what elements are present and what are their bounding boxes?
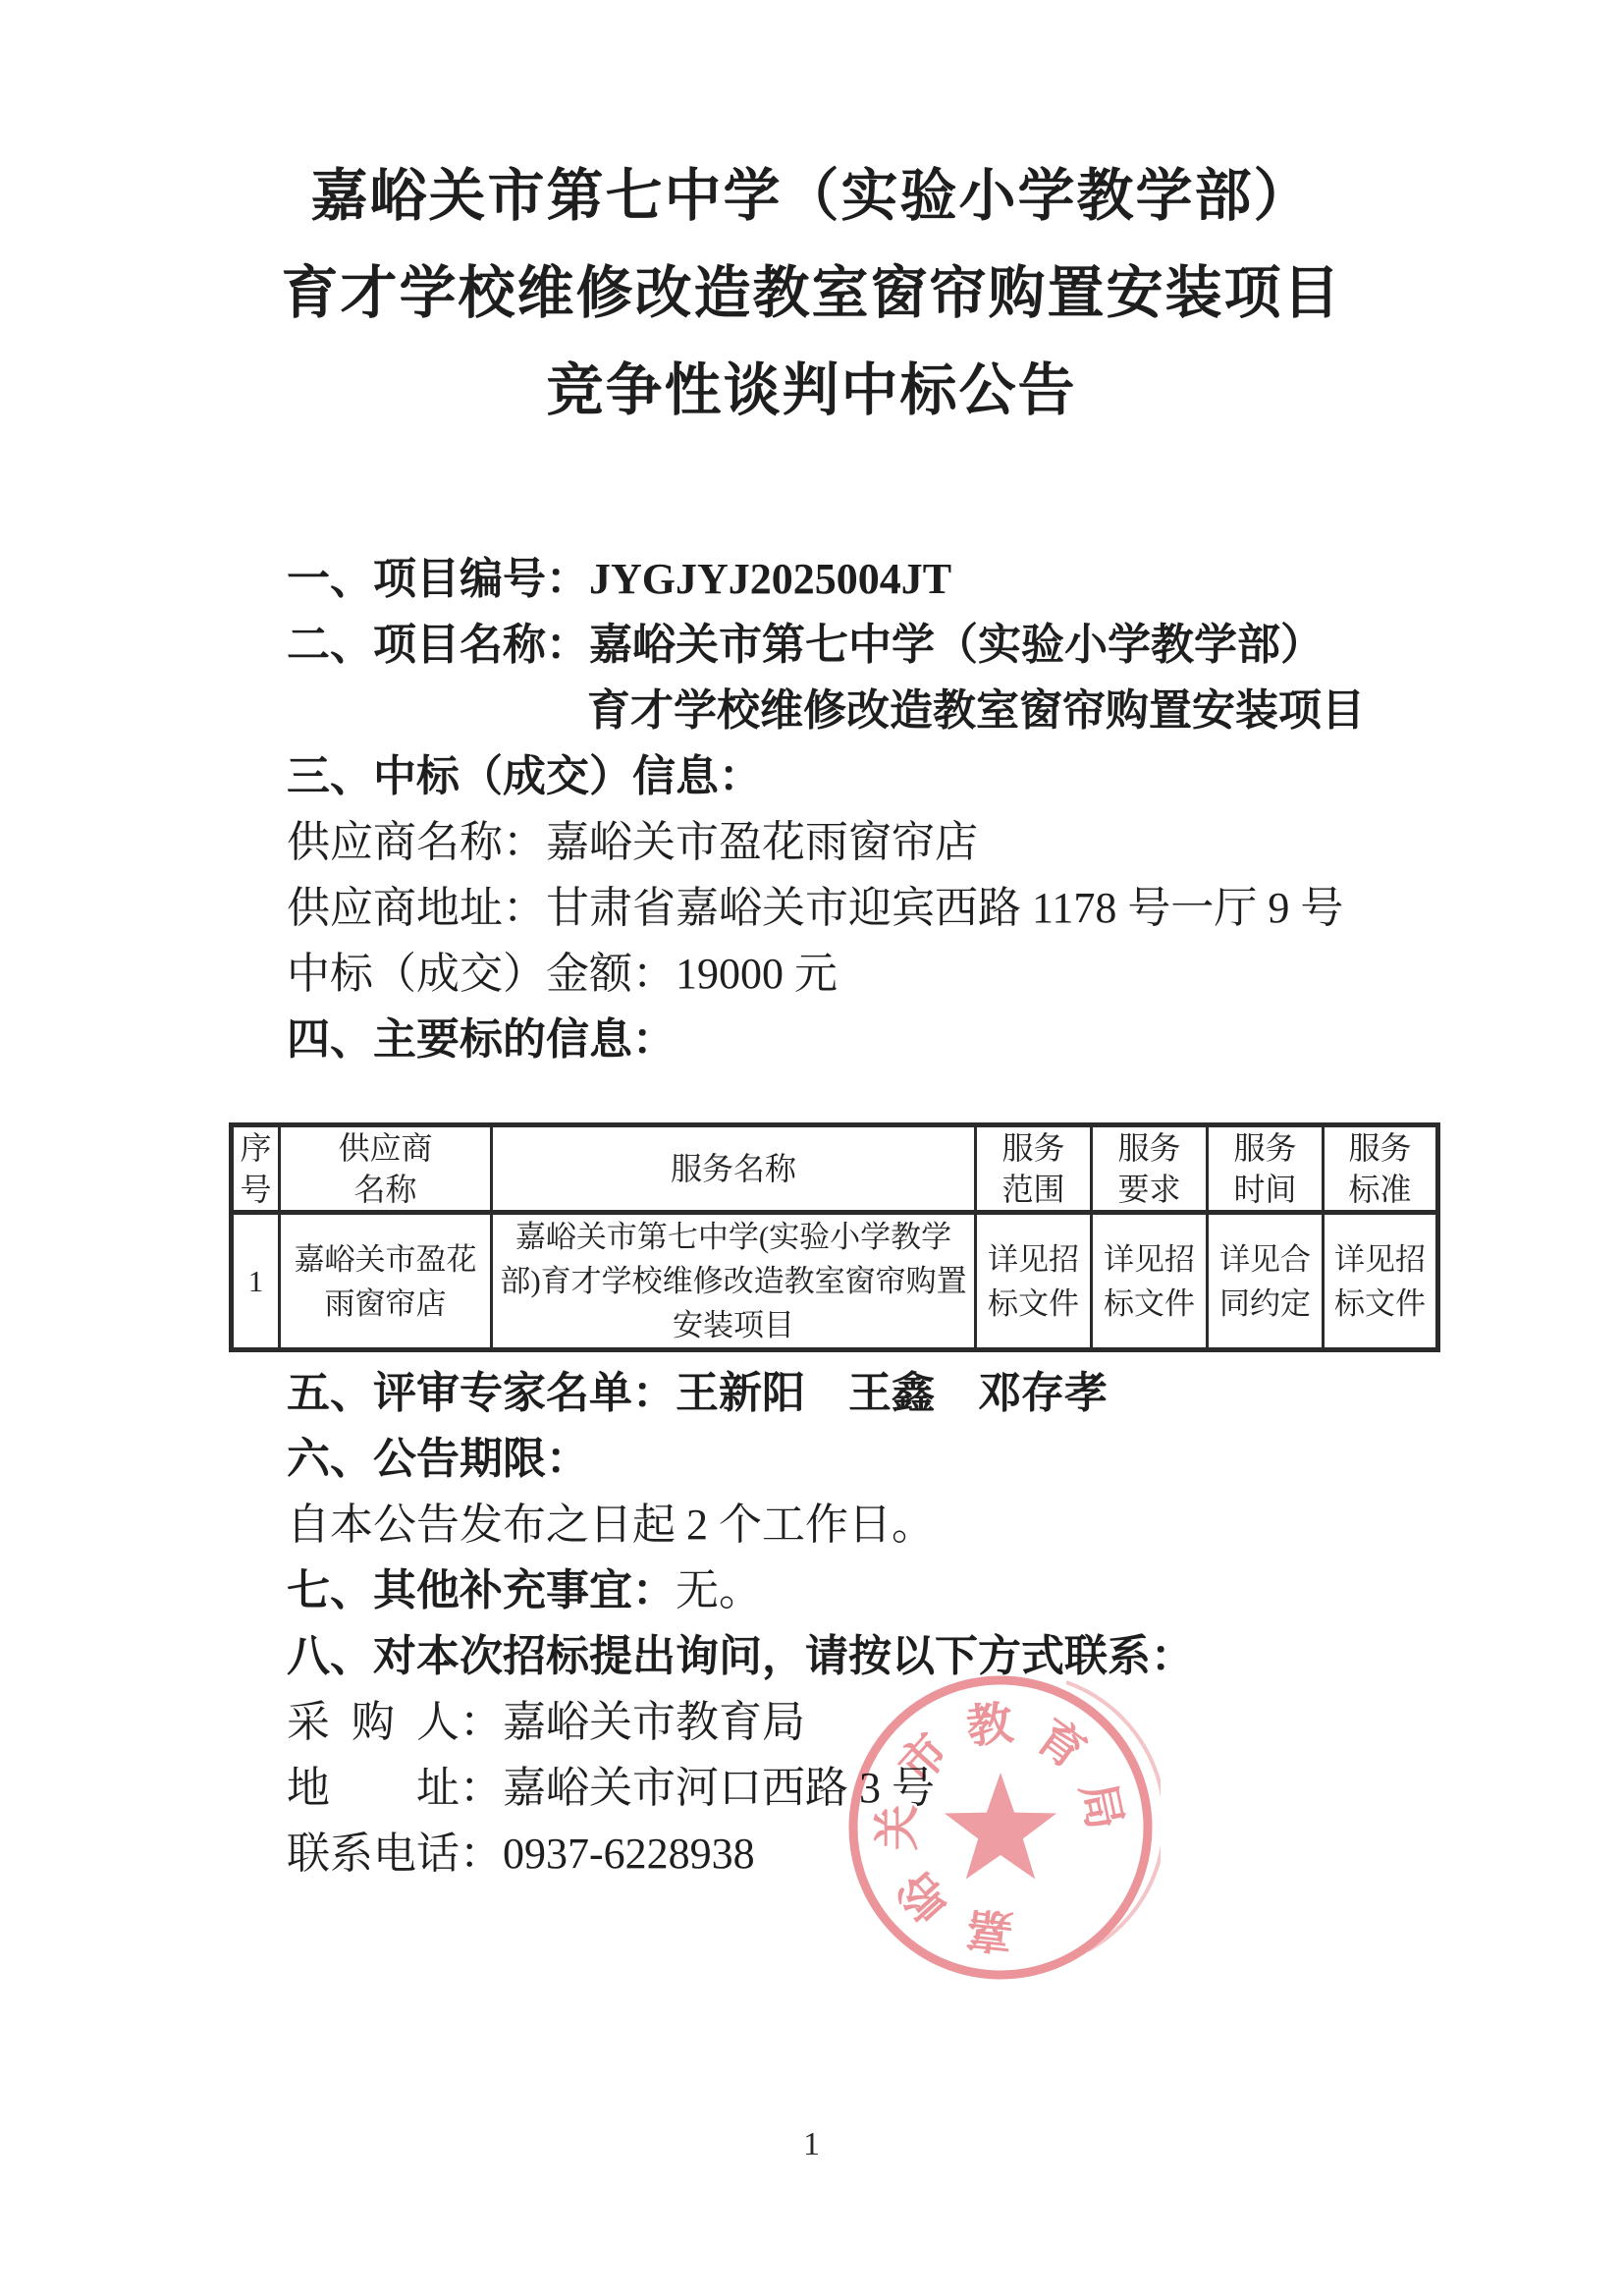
notice-period-value: 自本公告发布之日起 2 个工作日。 xyxy=(287,1492,1465,1558)
cell-service-time: 详见合同约定 xyxy=(1208,1213,1324,1350)
header-cell-supplier: 供应商 名称 xyxy=(280,1125,492,1213)
supplier-address-label: 供应商地址： xyxy=(287,884,546,932)
document-page: 嘉峪关市第七中学（实验小学教学部） 育才学校维修改造教室窗帘购置安装项目 竞争性… xyxy=(0,0,1623,2296)
buyer-line: 采 购 人：嘉峪关市教育局 xyxy=(287,1689,1465,1755)
table-header-row: 序 号 供应商 名称 服务名称 服务 范围 服务 要求 服务 时间 服务 标准 xyxy=(232,1125,1438,1213)
supplier-address-value: 甘肃省嘉峪关市迎宾西路 1178 号一厅 9 号 xyxy=(546,884,1343,932)
buyer-value: 嘉峪关市教育局 xyxy=(503,1698,805,1746)
item-award-info-heading: 三、中标（成交）信息： xyxy=(287,743,1465,809)
supplier-name-value: 嘉峪关市盈花雨窗帘店 xyxy=(546,818,978,866)
cell-service-standard: 详见招标文件 xyxy=(1324,1213,1438,1350)
item-project-number: 一、项目编号：JYGJYJ2025004JT xyxy=(287,546,1465,612)
header-cell-service-standard: 服务 标准 xyxy=(1324,1125,1438,1213)
cell-supplier: 嘉峪关市盈花雨窗帘店 xyxy=(280,1213,492,1350)
award-amount-line: 中标（成交）金额：19000 元 xyxy=(287,941,1465,1007)
cell-service-scope: 详见招标文件 xyxy=(976,1213,1092,1350)
header-cell-seq: 序 号 xyxy=(232,1125,280,1213)
item-inquiry-heading: 八、对本次招标提出询问，请按以下方式联系： xyxy=(287,1623,1465,1689)
header-cell-service-time: 服务 时间 xyxy=(1208,1125,1324,1213)
address-line: 地 址：嘉峪关市河口西路 3 号 xyxy=(287,1755,1465,1821)
item-notice-period-heading: 六、公告期限： xyxy=(287,1426,1465,1492)
supplier-name-line: 供应商名称：嘉峪关市盈花雨窗帘店 xyxy=(287,809,1465,875)
phone-label: 联系电话： xyxy=(287,1830,503,1878)
item-other-matters-value: 无。 xyxy=(676,1566,762,1614)
header-cell-service-name: 服务名称 xyxy=(492,1125,976,1213)
item-experts-line: 五、评审专家名单：王新阳 王鑫 邓存孝 xyxy=(287,1360,1465,1426)
item-experts-label: 五、评审专家名单： xyxy=(287,1369,676,1417)
item-project-number-label: 一、项目编号： xyxy=(287,555,589,603)
address-label: 地 址： xyxy=(287,1764,503,1812)
item-other-matters-line: 七、其他补充事宜：无。 xyxy=(287,1558,1465,1623)
item-project-number-value: JYGJYJ2025004JT xyxy=(589,555,951,603)
header-cell-service-scope: 服务 范围 xyxy=(976,1125,1092,1213)
cell-service-require: 详见招标文件 xyxy=(1092,1213,1208,1350)
buyer-label: 采 购 人： xyxy=(287,1698,503,1746)
title-line-2: 育才学校维修改造教室窗帘购置安装项目 xyxy=(0,245,1623,342)
phone-value: 0937-6228938 xyxy=(503,1830,755,1878)
item-project-name-line2: 育才学校维修改造教室窗帘购置安装项目 xyxy=(287,678,1465,743)
item-project-name: 二、项目名称：嘉峪关市第七中学（实验小学教学部） xyxy=(287,612,1465,678)
address-value: 嘉峪关市河口西路 3 号 xyxy=(503,1764,935,1812)
table-data-row: 1 嘉峪关市盈花雨窗帘店 嘉峪关市第七中学(实验小学教学部)育才学校维修改造教室… xyxy=(232,1213,1438,1350)
item-experts-value: 王新阳 王鑫 邓存孝 xyxy=(676,1369,1108,1417)
document-title: 嘉峪关市第七中学（实验小学教学部） 育才学校维修改造教室窗帘购置安装项目 竞争性… xyxy=(0,147,1623,439)
body-lower: 五、评审专家名单：王新阳 王鑫 邓存孝 六、公告期限： 自本公告发布之日起 2 … xyxy=(287,1360,1465,1886)
supplier-address-line: 供应商地址：甘肃省嘉峪关市迎宾西路 1178 号一厅 9 号 xyxy=(287,875,1465,941)
body-upper: 一、项目编号：JYGJYJ2025004JT 二、项目名称：嘉峪关市第七中学（实… xyxy=(287,546,1465,1072)
title-line-3: 竞争性谈判中标公告 xyxy=(0,342,1623,439)
item-project-name-value: 嘉峪关市第七中学（实验小学教学部） xyxy=(589,621,1324,669)
title-line-1: 嘉峪关市第七中学（实验小学教学部） xyxy=(0,147,1623,245)
award-amount-label: 中标（成交）金额： xyxy=(287,950,676,998)
item-project-name-label: 二、项目名称： xyxy=(287,621,589,669)
header-cell-service-require: 服务 要求 xyxy=(1092,1125,1208,1213)
cell-service-name: 嘉峪关市第七中学(实验小学教学部)育才学校维修改造教室窗帘购置安装项目 xyxy=(492,1213,976,1350)
cell-seq: 1 xyxy=(232,1213,280,1350)
supplier-name-label: 供应商名称： xyxy=(287,818,546,866)
seal-char-1: 嘉 xyxy=(964,1901,1015,1957)
phone-line: 联系电话：0937-6228938 xyxy=(287,1821,1465,1886)
main-table: 序 号 供应商 名称 服务名称 服务 范围 服务 要求 服务 时间 服务 标准 … xyxy=(229,1122,1440,1352)
item-main-subject-heading: 四、主要标的信息： xyxy=(287,1007,1465,1072)
award-amount-value: 19000 元 xyxy=(676,950,838,998)
page-number: 1 xyxy=(0,2126,1623,2163)
item-other-matters-label: 七、其他补充事宜： xyxy=(287,1566,676,1614)
